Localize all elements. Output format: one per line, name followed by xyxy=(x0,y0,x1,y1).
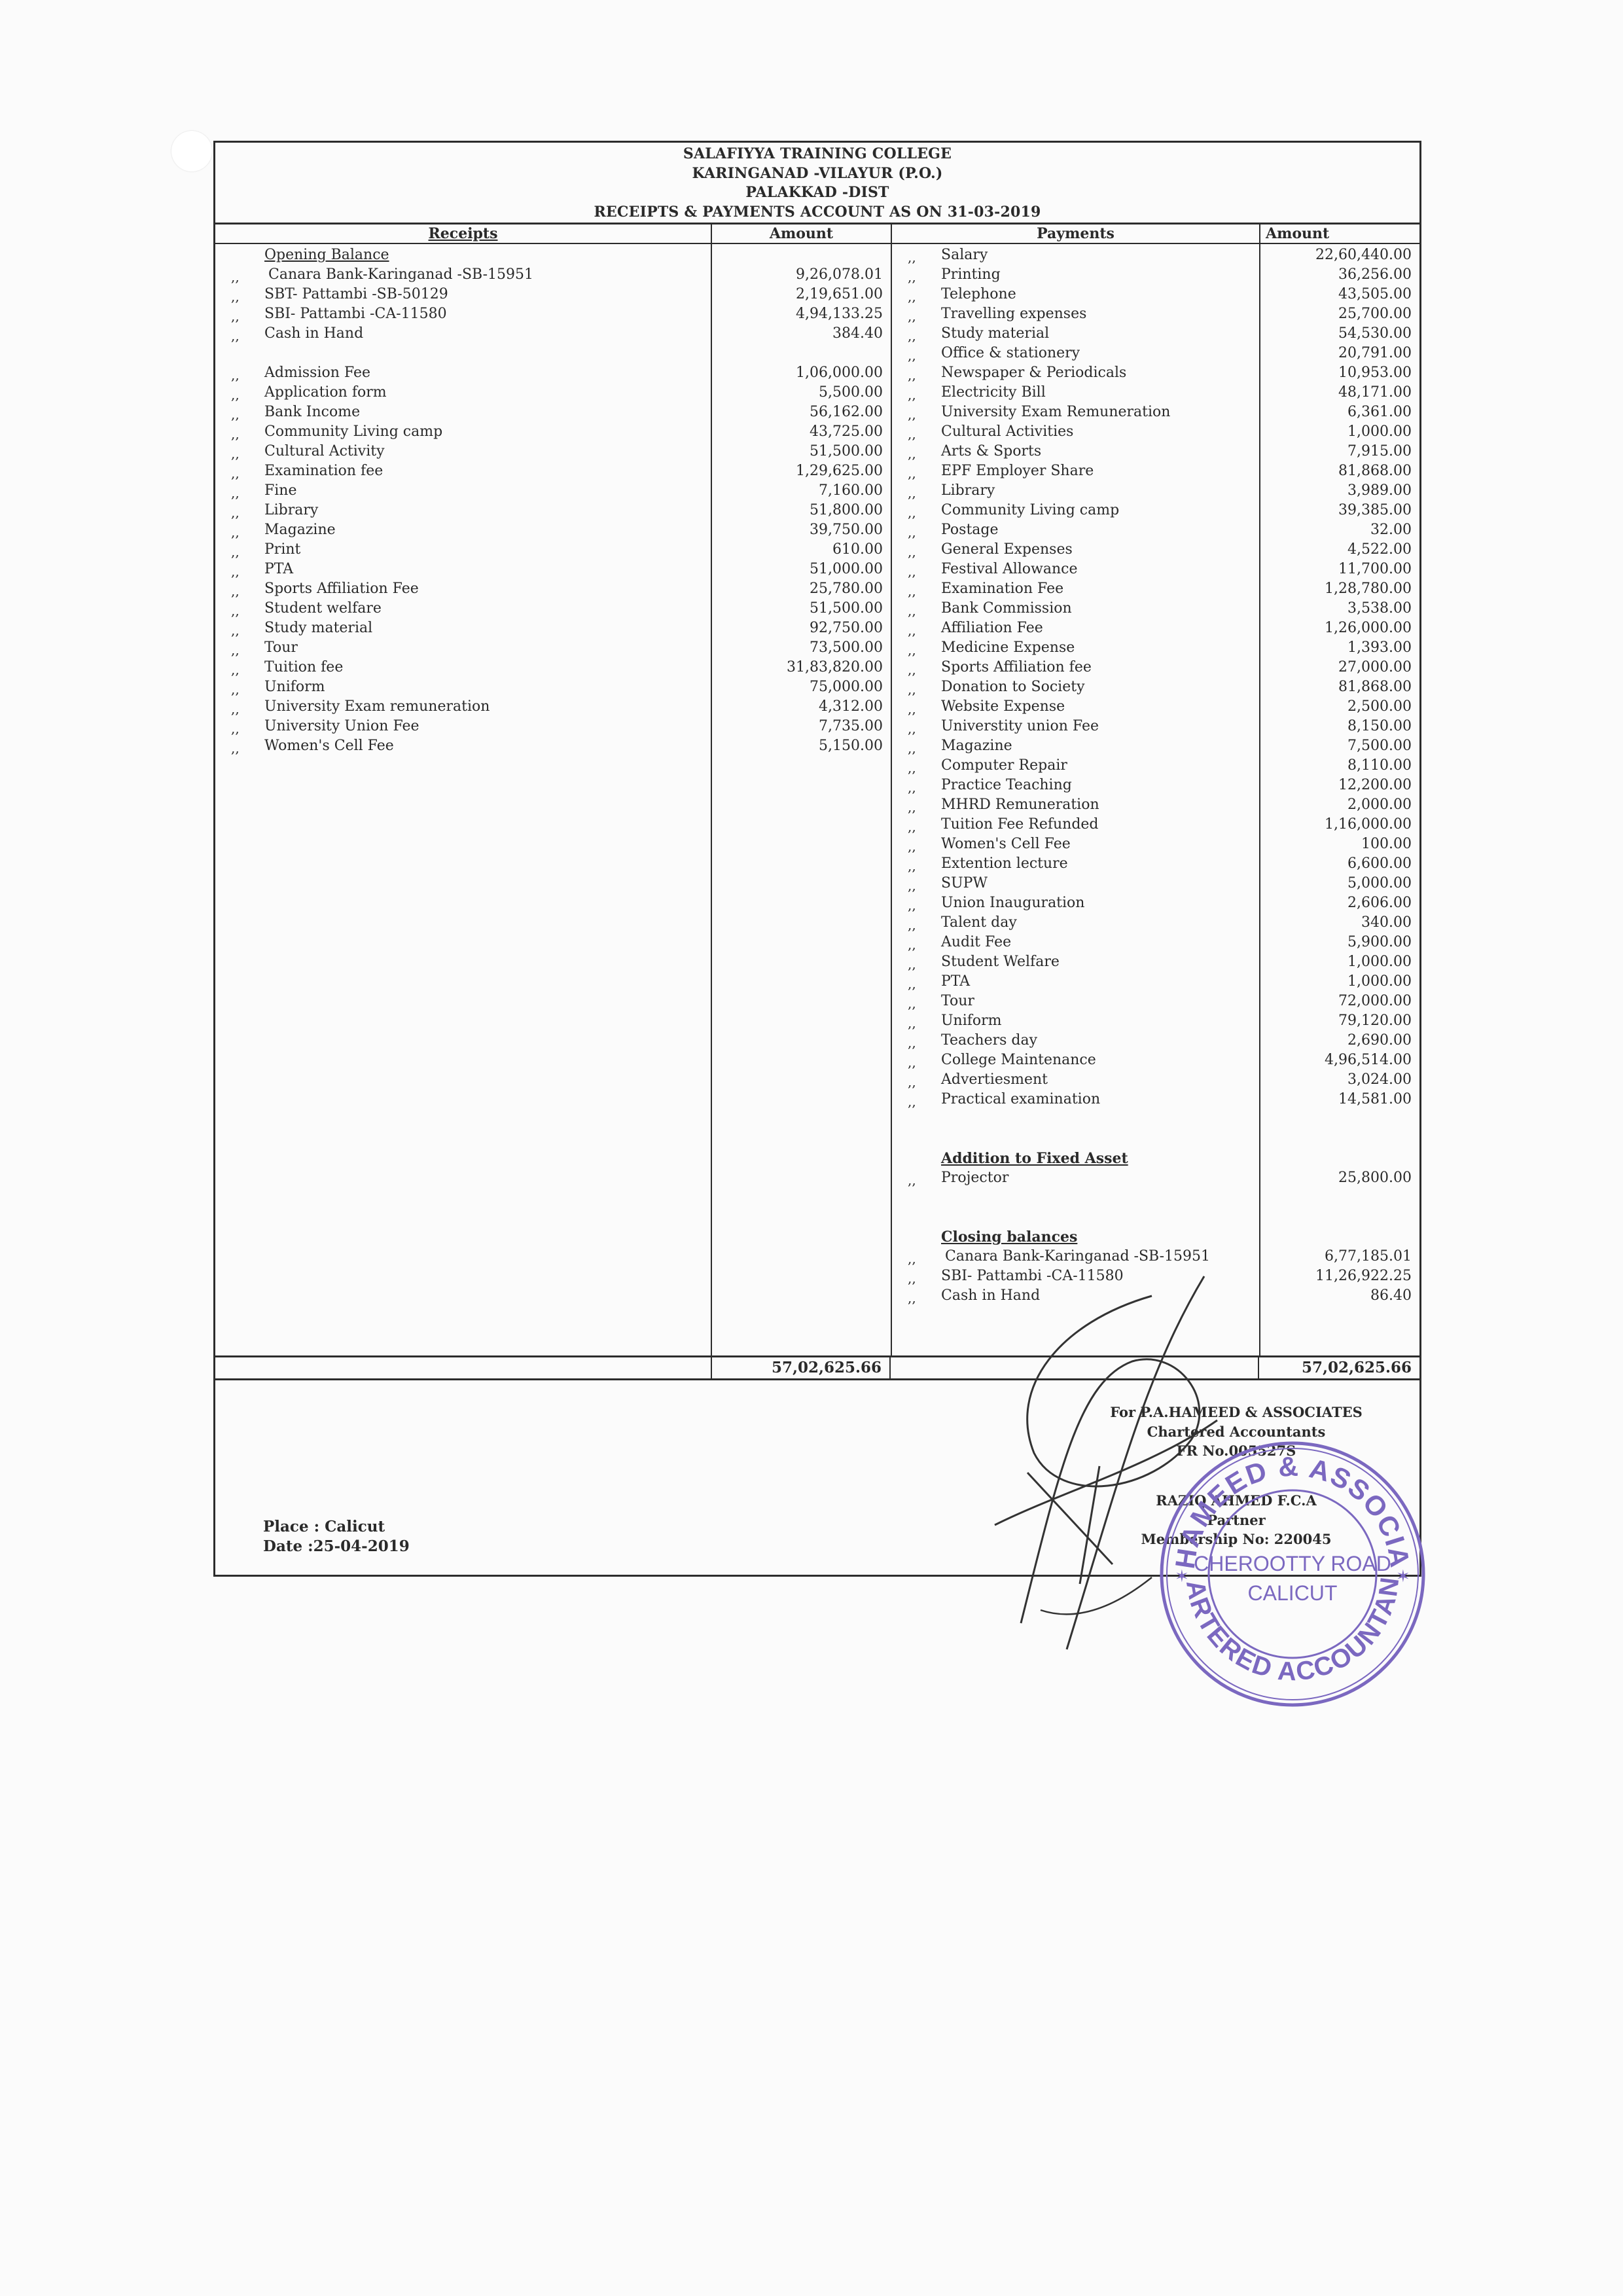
ditto-mark: ,, xyxy=(231,287,240,306)
ditto-mark: ,, xyxy=(908,915,916,935)
row-amount: 20,791.00 xyxy=(1338,344,1412,363)
amount-cell: 12,200.00 xyxy=(1260,776,1419,795)
row-label: Cultural Activities xyxy=(941,422,1073,442)
ditto-mark: ,, xyxy=(908,267,916,287)
row-label: Electricity Bill xyxy=(941,383,1046,403)
row-amount: 4,96,514.00 xyxy=(1325,1050,1412,1070)
row-amount: 3,538.00 xyxy=(1347,599,1412,619)
amount-cell: 11,26,922.25 xyxy=(1260,1266,1419,1286)
row-label: Study material xyxy=(941,324,1049,344)
ditto-mark: ,, xyxy=(908,1288,916,1308)
amount-cell: 610.00 xyxy=(712,540,891,560)
table-row: ,,Student Welfare xyxy=(892,952,1259,972)
row-label: Bank Income xyxy=(264,403,360,422)
ditto-mark: ,, xyxy=(908,365,916,385)
row-label: Examination Fee xyxy=(941,579,1063,599)
ditto-mark: ,, xyxy=(908,994,916,1013)
table-row: ,,Bank Commission xyxy=(892,599,1259,619)
table-row: ,,Salary xyxy=(892,245,1259,265)
amount-cell: 2,19,651.00 xyxy=(712,285,891,304)
table-row: ,,Library xyxy=(892,481,1259,501)
row-label: General Expenses xyxy=(941,540,1073,560)
amount-cell: 7,500.00 xyxy=(1260,736,1419,756)
ditto-mark: ,, xyxy=(908,640,916,660)
section-heading: Addition to Fixed Asset xyxy=(892,1149,1259,1168)
amount-cell: 1,06,000.00 xyxy=(712,363,891,383)
row-label: Bank Commission xyxy=(941,599,1072,619)
amount-cell: 1,000.00 xyxy=(1260,952,1419,972)
amount-cell: 22,60,440.00 xyxy=(1260,245,1419,265)
row-amount: 51,500.00 xyxy=(810,442,883,461)
table-row: ,,PTA xyxy=(892,972,1259,992)
row-label: Magazine xyxy=(264,520,336,540)
table-row: ,,Student welfare xyxy=(215,599,711,619)
amount-cell: 86.40 xyxy=(1260,1286,1419,1306)
row-label: Union Inauguration xyxy=(941,893,1084,913)
table-row: ,,Community Living camp xyxy=(892,501,1259,520)
amount-cell: 5,900.00 xyxy=(1260,933,1419,952)
row-amount: 3,024.00 xyxy=(1347,1070,1412,1090)
ditto-mark: ,, xyxy=(908,483,916,503)
row-label: College Maintenance xyxy=(941,1050,1096,1070)
table-row: ,,Canara Bank-Karinganad -SB-15951 xyxy=(215,265,711,285)
row-amount: 5,500.00 xyxy=(819,383,883,403)
row-amount: 7,160.00 xyxy=(819,481,883,501)
row-label: Admission Fee xyxy=(264,363,370,383)
receipts-total: 57,02,625.66 xyxy=(711,1357,889,1378)
amount-cell: 25,800.00 xyxy=(1260,1168,1419,1188)
amount-cell: 79,120.00 xyxy=(1260,1011,1419,1031)
ditto-mark: ,, xyxy=(908,1268,916,1288)
row-label: Canara Bank-Karinganad -SB-15951 xyxy=(945,1247,1210,1266)
row-label: Study material xyxy=(264,619,372,638)
table-row: ,,SBI- Pattambi -CA-11580 xyxy=(215,304,711,324)
row-label: University Exam remuneration xyxy=(264,697,490,717)
ditto-mark: ,, xyxy=(231,503,240,522)
amount-cell: 4,312.00 xyxy=(712,697,891,717)
receipts-payments-account-sheet: SALAFIYYA TRAINING COLLEGE KARINGANAD -V… xyxy=(213,141,1421,1577)
row-label: Tour xyxy=(264,638,298,658)
amount-cell: 39,750.00 xyxy=(712,520,891,540)
ditto-mark: ,, xyxy=(231,660,240,679)
table-row: ,,Talent day xyxy=(892,913,1259,933)
row-label: Tuition fee xyxy=(264,658,343,677)
row-label: Cultural Activity xyxy=(264,442,385,461)
table-row: ,,EPF Employer Share xyxy=(892,461,1259,481)
ditto-mark: ,, xyxy=(231,699,240,719)
table-row: ,,Extention lecture xyxy=(892,854,1259,874)
row-amount: 6,361.00 xyxy=(1347,403,1412,422)
table-row: ,,Print xyxy=(215,540,711,560)
row-amount: 8,150.00 xyxy=(1347,717,1412,736)
row-amount: 73,500.00 xyxy=(810,638,883,658)
amount-cell: 4,96,514.00 xyxy=(1260,1050,1419,1070)
payments-column-header: Payments xyxy=(891,224,1259,243)
row-amount: 79,120.00 xyxy=(1338,1011,1412,1031)
ditto-mark: ,, xyxy=(908,562,916,581)
row-amount: 11,26,922.25 xyxy=(1315,1266,1412,1286)
amount-cell: 48,171.00 xyxy=(1260,383,1419,403)
amount-cell: 1,16,000.00 xyxy=(1260,815,1419,834)
amount-cell: 36,256.00 xyxy=(1260,265,1419,285)
ditto-mark: ,, xyxy=(231,738,240,758)
row-label: Library xyxy=(264,501,318,520)
row-amount: 75,000.00 xyxy=(810,677,883,697)
section-heading: Opening Balance xyxy=(215,245,711,265)
row-amount: 51,500.00 xyxy=(810,599,883,619)
row-amount: 4,312.00 xyxy=(819,697,883,717)
table-row: ,,Uniform xyxy=(892,1011,1259,1031)
row-amount: 1,06,000.00 xyxy=(796,363,883,383)
ditto-mark: ,, xyxy=(908,326,916,346)
ditto-mark: ,, xyxy=(908,935,916,954)
row-amount: 2,606.00 xyxy=(1347,893,1412,913)
amount-cell: 5,500.00 xyxy=(712,383,891,403)
table-row: ,,Library xyxy=(215,501,711,520)
amount-cell: 7,915.00 xyxy=(1260,442,1419,461)
table-body: Opening Balance,,Canara Bank-Karinganad … xyxy=(215,244,1419,1357)
row-label: Arts & Sports xyxy=(941,442,1041,461)
fixed-asset-heading: Addition to Fixed Asset xyxy=(941,1149,1128,1168)
row-label: SBI- Pattambi -CA-11580 xyxy=(264,304,447,324)
row-label: Community Living camp xyxy=(941,501,1119,520)
table-row: ,,College Maintenance xyxy=(892,1050,1259,1070)
row-label: Computer Repair xyxy=(941,756,1067,776)
table-row: ,,Website Expense xyxy=(892,697,1259,717)
table-row: ,,Canara Bank-Karinganad -SB-15951 xyxy=(892,1247,1259,1266)
row-label: Application form xyxy=(264,383,387,403)
row-amount: 9,26,078.01 xyxy=(796,265,883,285)
row-label: Women's Cell Fee xyxy=(264,736,394,756)
ditto-mark: ,, xyxy=(231,542,240,562)
row-amount: 4,522.00 xyxy=(1347,540,1412,560)
amount-cell: 1,28,780.00 xyxy=(1260,579,1419,599)
row-amount: 32.00 xyxy=(1370,520,1412,540)
table-row: ,,Admission Fee xyxy=(215,363,711,383)
row-label: Audit Fee xyxy=(941,933,1011,952)
row-amount: 43,725.00 xyxy=(810,422,883,442)
table-row: ,,Tour xyxy=(215,638,711,658)
row-amount: 6,600.00 xyxy=(1347,854,1412,874)
stamp-center-line1: CHEROOTTY ROAD xyxy=(1194,1552,1391,1575)
amount-cell: 54,530.00 xyxy=(1260,324,1419,344)
amount-cell: 32.00 xyxy=(1260,520,1419,540)
row-label: Canara Bank-Karinganad -SB-15951 xyxy=(268,265,533,285)
ditto-mark: ,, xyxy=(908,346,916,365)
amount-cell: 4,522.00 xyxy=(1260,540,1419,560)
amount-cell: 3,024.00 xyxy=(1260,1070,1419,1090)
amount-cell: 8,150.00 xyxy=(1260,717,1419,736)
ditto-mark: ,, xyxy=(908,679,916,699)
ditto-mark: ,, xyxy=(231,385,240,404)
table-row: ,,Computer Repair xyxy=(892,756,1259,776)
ditto-mark: ,, xyxy=(908,895,916,915)
table-row: ,,SBI- Pattambi -CA-11580 xyxy=(892,1266,1259,1286)
row-label: Salary xyxy=(941,245,988,265)
row-amount: 43,505.00 xyxy=(1338,285,1412,304)
row-label: Tour xyxy=(941,992,974,1011)
ditto-mark: ,, xyxy=(231,365,240,385)
table-row: ,,Tuition fee xyxy=(215,658,711,677)
row-label: Medicine Expense xyxy=(941,638,1075,658)
row-amount: 384.40 xyxy=(832,324,883,344)
row-label: Website Expense xyxy=(941,697,1065,717)
receipts-column-header: Receipts xyxy=(215,224,711,243)
table-row: ,,Tour xyxy=(892,992,1259,1011)
amount-cell: 43,505.00 xyxy=(1260,285,1419,304)
row-label: Women's Cell Fee xyxy=(941,834,1071,854)
row-amount: 5,150.00 xyxy=(819,736,883,756)
table-row: ,,Medicine Expense xyxy=(892,638,1259,658)
table-row: ,,Sports Affiliation Fee xyxy=(215,579,711,599)
row-label: University Exam Remuneration xyxy=(941,403,1170,422)
ditto-mark: ,, xyxy=(908,503,916,522)
ditto-mark: ,, xyxy=(908,287,916,306)
amount-cell: 3,538.00 xyxy=(1260,599,1419,619)
place-date-block: Place : Calicut Date :25-04-2019 xyxy=(263,1517,410,1556)
amount-cell: 1,29,625.00 xyxy=(712,461,891,481)
amount-cell: 39,385.00 xyxy=(1260,501,1419,520)
ditto-mark: ,, xyxy=(908,974,916,994)
totals-row: 57,02,625.66 57,02,625.66 xyxy=(215,1355,1419,1380)
row-label: Student Welfare xyxy=(941,952,1060,972)
ditto-mark: ,, xyxy=(908,876,916,895)
table-row: ,,Telephone xyxy=(892,285,1259,304)
row-amount: 1,393.00 xyxy=(1347,638,1412,658)
amount-cell: 92,750.00 xyxy=(712,619,891,638)
table-row: ,,Cultural Activity xyxy=(215,442,711,461)
amount-cell: 4,94,133.25 xyxy=(712,304,891,324)
auditor-stamp-icon: P.A.HAMEED & ASSOCIATES CHARTERED ACCOUN… xyxy=(1155,1437,1430,1712)
date: Date :25-04-2019 xyxy=(263,1537,410,1556)
ditto-mark: ,, xyxy=(908,1092,916,1111)
ditto-mark: ,, xyxy=(908,581,916,601)
table-row: ,,MHRD Remuneration xyxy=(892,795,1259,815)
ditto-mark: ,, xyxy=(231,463,240,483)
row-label: Talent day xyxy=(941,913,1017,933)
row-label: Sports Affiliation fee xyxy=(941,658,1092,677)
amount-cell: 3,989.00 xyxy=(1260,481,1419,501)
row-amount: 25,700.00 xyxy=(1338,304,1412,324)
row-label: Magazine xyxy=(941,736,1012,756)
row-amount: 81,868.00 xyxy=(1338,677,1412,697)
amount-cell: 8,110.00 xyxy=(1260,756,1419,776)
row-label: EPF Employer Share xyxy=(941,461,1094,481)
ditto-mark: ,, xyxy=(908,1072,916,1092)
row-label: Telephone xyxy=(941,285,1016,304)
table-row: ,,Postage xyxy=(892,520,1259,540)
amount-cell: 100.00 xyxy=(1260,834,1419,854)
ditto-mark: ,, xyxy=(908,620,916,640)
row-label: Community Living camp xyxy=(264,422,442,442)
amount-cell: 5,000.00 xyxy=(1260,874,1419,893)
ditto-mark: ,, xyxy=(908,778,916,797)
row-amount: 31,83,820.00 xyxy=(787,658,883,677)
row-amount: 1,000.00 xyxy=(1347,972,1412,992)
row-amount: 7,735.00 xyxy=(819,717,883,736)
row-amount: 2,19,651.00 xyxy=(796,285,883,304)
row-amount: 81,868.00 xyxy=(1338,461,1412,481)
ditto-mark: ,, xyxy=(231,620,240,640)
amount-cell: 51,800.00 xyxy=(712,501,891,520)
amount-cell: 81,868.00 xyxy=(1260,677,1419,697)
row-label: Projector xyxy=(941,1168,1008,1188)
amount-cell: 11,700.00 xyxy=(1260,560,1419,579)
table-row: ,,SBT- Pattambi -SB-50129 xyxy=(215,285,711,304)
account-table: Receipts Amount Payments Amount Opening … xyxy=(215,223,1419,1357)
row-label: SBT- Pattambi -SB-50129 xyxy=(264,285,448,304)
row-amount: 12,200.00 xyxy=(1338,776,1412,795)
row-amount: 2,690.00 xyxy=(1347,1031,1412,1050)
row-amount: 2,500.00 xyxy=(1347,697,1412,717)
ditto-mark: ,, xyxy=(908,247,916,267)
ditto-mark: ,, xyxy=(231,679,240,699)
row-label: SBI- Pattambi -CA-11580 xyxy=(941,1266,1124,1286)
ditto-mark: ,, xyxy=(231,444,240,463)
row-amount: 48,171.00 xyxy=(1338,383,1412,403)
amount-cell: 51,000.00 xyxy=(712,560,891,579)
amount-cell: 2,606.00 xyxy=(1260,893,1419,913)
row-amount: 1,000.00 xyxy=(1347,952,1412,972)
amount-cell: 2,690.00 xyxy=(1260,1031,1419,1050)
table-row: ,,Tuition Fee Refunded xyxy=(892,815,1259,834)
ditto-mark: ,, xyxy=(908,738,916,758)
row-label: Practical examination xyxy=(941,1090,1100,1109)
institution-name: SALAFIYYA TRAINING COLLEGE xyxy=(215,145,1419,164)
table-row: ,,University Exam remuneration xyxy=(215,697,711,717)
row-amount: 51,800.00 xyxy=(810,501,883,520)
row-label: Fine xyxy=(264,481,297,501)
ditto-mark: ,, xyxy=(908,522,916,542)
row-label: Festival Allowance xyxy=(941,560,1077,579)
table-row: ,,University Union Fee xyxy=(215,717,711,736)
opening-balance-heading: Opening Balance xyxy=(264,245,389,265)
row-amount: 1,16,000.00 xyxy=(1325,815,1412,834)
amount-cell: 43,725.00 xyxy=(712,422,891,442)
row-label: PTA xyxy=(264,560,293,579)
row-label: Extention lecture xyxy=(941,854,1068,874)
row-amount: 86.40 xyxy=(1370,1286,1412,1306)
row-label: Practice Teaching xyxy=(941,776,1072,795)
row-amount: 51,000.00 xyxy=(810,560,883,579)
receipts-labels-column: Opening Balance,,Canara Bank-Karinganad … xyxy=(215,244,711,1357)
ditto-mark: ,, xyxy=(908,836,916,856)
ditto-mark: ,, xyxy=(908,542,916,562)
stamp-star-icon: ✶ xyxy=(1175,1567,1189,1587)
amount-cell: 31,83,820.00 xyxy=(712,658,891,677)
row-amount: 610.00 xyxy=(832,540,883,560)
row-label: Uniform xyxy=(941,1011,1002,1031)
table-row: ,,Cultural Activities xyxy=(892,422,1259,442)
ditto-mark: ,, xyxy=(908,856,916,876)
row-amount: 1,28,780.00 xyxy=(1325,579,1412,599)
row-label: Donation to Society xyxy=(941,677,1085,697)
ditto-mark: ,, xyxy=(231,326,240,346)
table-row: ,,Study material xyxy=(215,619,711,638)
table-row: ,,Application form xyxy=(215,383,711,403)
table-row: ,,Universtity union Fee xyxy=(892,717,1259,736)
row-amount: 6,77,185.01 xyxy=(1325,1247,1412,1266)
amount-cell: 72,000.00 xyxy=(1260,992,1419,1011)
closing-balances-heading: Closing balances xyxy=(941,1227,1077,1247)
table-row: ,,Practical examination xyxy=(892,1090,1259,1109)
row-label: Teachers day xyxy=(941,1031,1037,1050)
table-row: ,,Magazine xyxy=(215,520,711,540)
table-row: ,,Audit Fee xyxy=(892,933,1259,952)
ditto-mark: ,, xyxy=(908,601,916,620)
svg-text:P.A.HAMEED & ASSOCIATES: P.A.HAMEED & ASSOCIATES xyxy=(1155,1437,1416,1571)
table-row: ,,Bank Income xyxy=(215,403,711,422)
row-amount: 340.00 xyxy=(1361,913,1412,933)
amount-cell: 27,000.00 xyxy=(1260,658,1419,677)
table-row: ,,General Expenses xyxy=(892,540,1259,560)
ditto-mark: ,, xyxy=(908,954,916,974)
table-row: ,,Office & stationery xyxy=(892,344,1259,363)
table-row: ,,Printing xyxy=(892,265,1259,285)
row-amount: 8,110.00 xyxy=(1347,756,1412,776)
amount-cell: 10,953.00 xyxy=(1260,363,1419,383)
ditto-mark: ,, xyxy=(908,424,916,444)
table-row: ,,Community Living camp xyxy=(215,422,711,442)
row-label: Newspaper & Periodicals xyxy=(941,363,1126,383)
row-label: Advertiesment xyxy=(941,1070,1048,1090)
row-amount: 7,915.00 xyxy=(1347,442,1412,461)
ditto-mark: ,, xyxy=(908,797,916,817)
amount-cell: 73,500.00 xyxy=(712,638,891,658)
amount-cell: 5,150.00 xyxy=(712,736,891,756)
row-label: Universtity union Fee xyxy=(941,717,1099,736)
payments-amount-column-header: Amount xyxy=(1259,224,1419,243)
row-amount: 5,000.00 xyxy=(1347,874,1412,893)
table-row: ,,Cash in Hand xyxy=(215,324,711,344)
table-row: ,,Affiliation Fee xyxy=(892,619,1259,638)
place: Place : Calicut xyxy=(263,1517,410,1537)
ditto-mark: ,, xyxy=(908,306,916,326)
row-amount: 39,750.00 xyxy=(810,520,883,540)
table-row: ,,PTA xyxy=(215,560,711,579)
amount-cell: 1,000.00 xyxy=(1260,422,1419,442)
ditto-mark: ,, xyxy=(231,404,240,424)
row-amount: 14,581.00 xyxy=(1338,1090,1412,1109)
row-label: Affiliation Fee xyxy=(941,619,1043,638)
row-label: Printing xyxy=(941,265,1001,285)
row-amount: 36,256.00 xyxy=(1338,265,1412,285)
table-row: ,,Electricity Bill xyxy=(892,383,1259,403)
ditto-mark: ,, xyxy=(908,385,916,404)
ditto-mark: ,, xyxy=(231,267,240,287)
row-label: MHRD Remuneration xyxy=(941,795,1099,815)
table-row: ,,University Exam Remuneration xyxy=(892,403,1259,422)
amount-cell: 384.40 xyxy=(712,324,891,344)
amount-cell: 1,000.00 xyxy=(1260,972,1419,992)
ditto-mark: ,, xyxy=(231,581,240,601)
table-row: ,,Study material xyxy=(892,324,1259,344)
institution-address: KARINGANAD -VILAYUR (P.O.) xyxy=(215,164,1419,184)
table-header: Receipts Amount Payments Amount xyxy=(215,223,1419,244)
table-row: ,,Teachers day xyxy=(892,1031,1259,1050)
institution-district: PALAKKAD -DIST xyxy=(215,183,1419,203)
ditto-mark: ,, xyxy=(908,1013,916,1033)
ditto-mark: ,, xyxy=(908,404,916,424)
row-amount: 22,60,440.00 xyxy=(1315,245,1412,265)
auditor-firm: For P.A.HAMEED & ASSOCIATES xyxy=(1033,1403,1439,1422)
table-row: ,,Arts & Sports xyxy=(892,442,1259,461)
amount-cell: 6,361.00 xyxy=(1260,403,1419,422)
table-row: ,,Cash in Hand xyxy=(892,1286,1259,1306)
section-heading: Closing balances xyxy=(892,1227,1259,1247)
row-label: Print xyxy=(264,540,300,560)
row-label: Uniform xyxy=(264,677,325,697)
